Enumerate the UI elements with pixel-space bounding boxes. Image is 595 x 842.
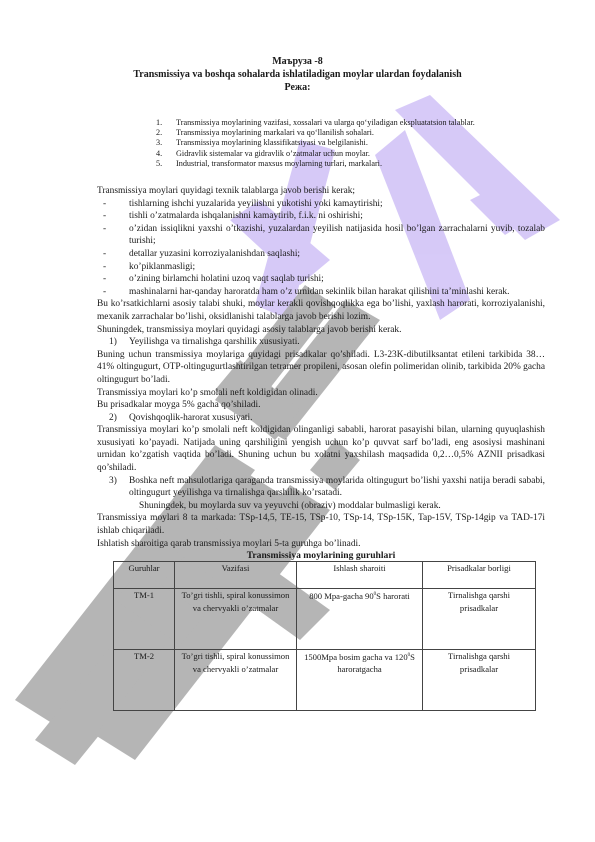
- lecture-number: Маъруза -8: [0, 56, 595, 68]
- requirement-item: - mashinalarni har-qanday haroratda ham …: [97, 286, 545, 299]
- table-caption: Transmissiya moylarining guruhlari: [97, 550, 545, 561]
- paragraph: Shuningdek, transmissiya moylari quyidag…: [97, 324, 545, 337]
- column-header: Ishlash sharoiti: [297, 562, 423, 589]
- cell-group: TM-1: [114, 589, 175, 650]
- column-header: Guruhlar: [114, 562, 175, 589]
- paragraph: Transmissiya moylari ko’p smolali neft k…: [97, 424, 545, 474]
- paragraph: Transmissiya moylari ko’p smolali neft k…: [97, 387, 545, 400]
- paragraph: Ishlatish sharoitiga qarab transmissiya …: [97, 538, 545, 551]
- plan-item: 5. Industrial, transformator maxsus moyl…: [148, 159, 544, 169]
- paragraph: Buning uchun transmissiya moylariga quyi…: [97, 349, 545, 387]
- requirement-item: - o’zidan issiqlikni yaxshi o’tkazishi, …: [97, 223, 545, 248]
- cell-purpose: To’gri tishli, spiral konussimon va cher…: [175, 650, 297, 711]
- intro-paragraph: Transmissiya moylari quyidagi texnik tal…: [97, 185, 545, 198]
- plan-list: 1. Transmissiya moylarining vazifasi, xo…: [148, 118, 544, 169]
- cell-condition: 800 Mpa-gacha 900S harorati: [297, 589, 423, 650]
- cell-purpose: To’gri tishli, spiral konussimon va cher…: [175, 589, 297, 650]
- groups-table: Guruhlar Vazifasi Ishlash sharoiti Prisa…: [113, 561, 536, 711]
- page-title: Transmissiya va boshqa sohalarda ishlati…: [0, 69, 595, 81]
- column-header: Vazifasi: [175, 562, 297, 589]
- table-row: TM-1 To’gri tishli, spiral konussimon va…: [114, 589, 536, 650]
- section-heading: 1) Yeyilishga va tirnalishga qarshilik x…: [97, 336, 545, 349]
- table-row: TM-2 To’gri tishli, spiral konussimon va…: [114, 650, 536, 711]
- section-heading: 3) Boshka neft mahsulotlariga qaraganda …: [97, 475, 545, 513]
- paragraph: Bu ko’rsatkichlarni asosiy talabi shuki,…: [97, 298, 545, 323]
- cell-group: TM-2: [114, 650, 175, 711]
- requirement-item: - tishli o’zatmalarda ishqalanishni kama…: [97, 210, 545, 223]
- requirement-item: - o’zining birlamchi holatini uzoq vaqt …: [97, 273, 545, 286]
- cell-condition: 1500Mpa bosim gacha va 1200S haroratgach…: [297, 650, 423, 711]
- plan-item: 2. Transmissiya moylarining markalari va…: [148, 128, 544, 138]
- cell-additives: Tirnalishga qarshi prisadkalar: [423, 589, 536, 650]
- plan-heading: Режа:: [0, 82, 595, 94]
- requirement-item: - tishlarning ishchi yuzalarida yeyilish…: [97, 198, 545, 211]
- plan-item: 1. Transmissiya moylarining vazifasi, xo…: [148, 118, 544, 128]
- requirement-item: - ko’piklanmasligi;: [97, 261, 545, 274]
- cell-additives: Tirnalishga qarshi prisadkalar: [423, 650, 536, 711]
- table-header-row: Guruhlar Vazifasi Ishlash sharoiti Prisa…: [114, 562, 536, 589]
- plan-item: 3. Transmissiya moylarining klassifikats…: [148, 138, 544, 148]
- document-body: Transmissiya moylari quyidagi texnik tal…: [97, 185, 545, 711]
- section-continuation: Shuningdek, bu moylarda suv va yeyuvchi …: [129, 500, 545, 513]
- paragraph: Bu prisadkalar moyga 5% gacha qo’shiladi…: [97, 399, 545, 412]
- requirement-item: - detallar yuzasini korroziyalanishdan s…: [97, 248, 545, 261]
- paragraph: Transmissiya moylari 8 ta markada: TSp-1…: [97, 512, 545, 537]
- section-heading: 2) Qovishqoqlik-harorat xususiyati.: [97, 412, 545, 425]
- plan-item: 4. Gidravlik sistemalar va gidravlik o’z…: [148, 149, 544, 159]
- document-page: Маъруза -8 Transmissiya va boshqa sohala…: [0, 0, 595, 842]
- column-header: Prisadkalar borligi: [423, 562, 536, 589]
